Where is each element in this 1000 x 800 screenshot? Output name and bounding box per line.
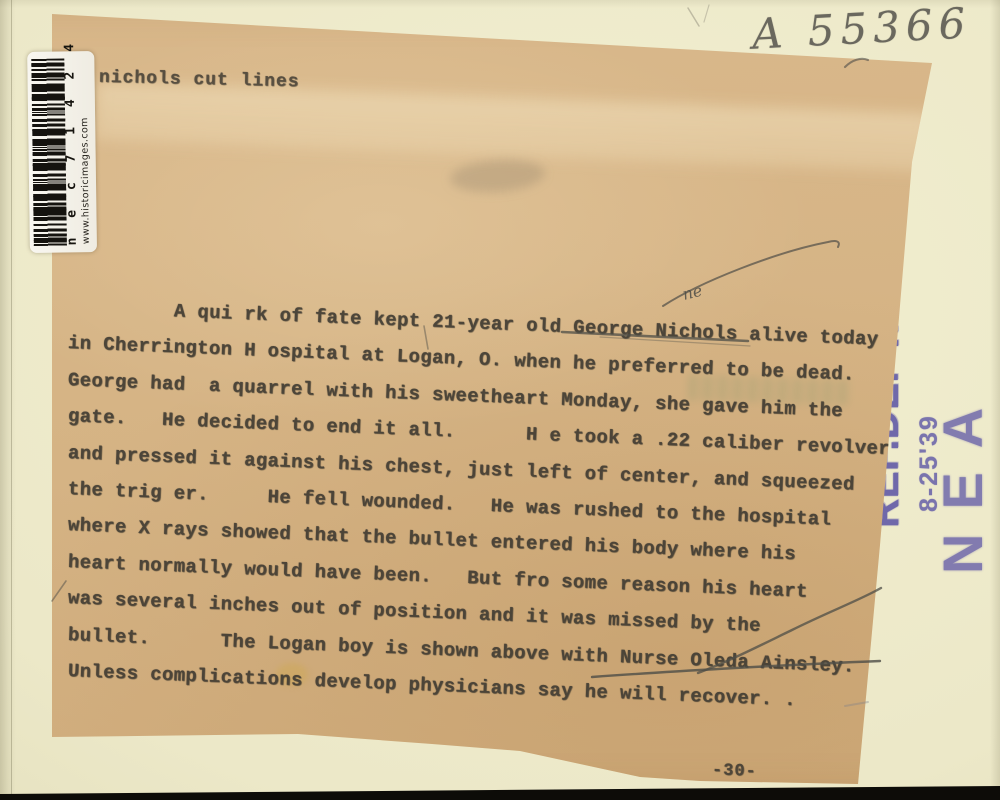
scan-edge-line xyxy=(11,0,12,800)
handwritten-catalog-number: A 55366 xyxy=(751,0,973,59)
barcode-sticker: n e c 7 1 4 2 4 www.historicimages.com xyxy=(27,51,97,253)
smudge xyxy=(449,157,546,196)
pencil-scratch xyxy=(704,5,709,22)
agency-stamp: NEA xyxy=(930,364,990,574)
caption-paragraph: A qui rk of fate kept 21-year old George… xyxy=(68,289,891,689)
pencil-scratch xyxy=(688,8,699,26)
end-mark: -30- xyxy=(712,761,757,782)
sticker-website: www.historicimages.com xyxy=(78,56,94,244)
barcode xyxy=(31,59,67,246)
photo-back-scan: REF.DEPT. 8-25'39 NEA A 55366 nichols cu… xyxy=(0,0,1000,800)
faded-band xyxy=(94,82,931,172)
caption-sheet: nichols cut lines A qui rk of fate kept … xyxy=(0,0,1000,800)
